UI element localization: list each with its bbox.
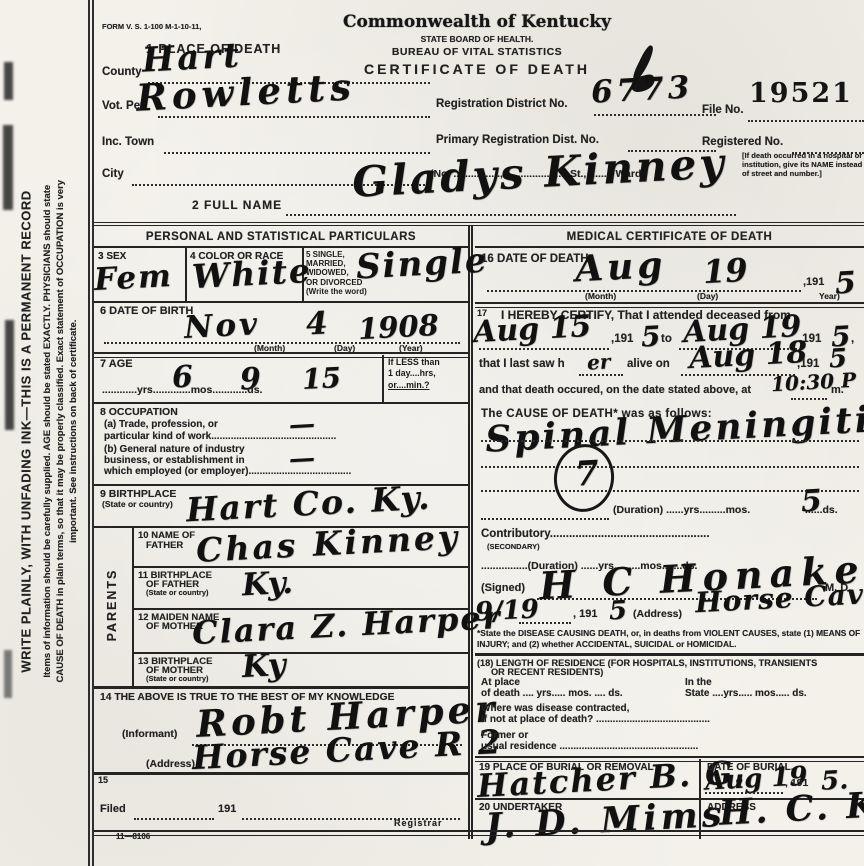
full-name-label: 2 FULL NAME bbox=[192, 198, 282, 212]
father-birthplace-value: Ky. bbox=[241, 565, 294, 604]
personal-section-title: PERSONAL AND STATISTICAL PARTICULARS bbox=[94, 231, 468, 243]
margin-small-line-1: Items of information should be carefully… bbox=[42, 11, 55, 851]
violent-causes-footnote: *State the DISEASE CAUSING DEATH, or, in… bbox=[477, 628, 863, 649]
age-less-line-1: If LESS than bbox=[388, 357, 440, 368]
disease-contracted-line2: if not at place of death? ..............… bbox=[481, 714, 710, 725]
attended-to-label: to bbox=[661, 333, 672, 345]
death-certificate-scan: { "margin": { "bold_line": "WRITE PLAINL… bbox=[0, 0, 864, 866]
attended-from-year-printed: ,191 bbox=[611, 333, 633, 345]
dod-year-caption: Year) bbox=[819, 291, 840, 301]
former-residence-line2: usual residence ........................… bbox=[481, 741, 698, 752]
margin-small-line-3: important. See instructions on back of c… bbox=[67, 11, 80, 851]
father-name-label-2: FATHER bbox=[146, 540, 183, 551]
death-occurred-statement: and that death occured, on the date stat… bbox=[479, 384, 751, 396]
date-of-death-line bbox=[487, 288, 801, 292]
full-name-line bbox=[286, 212, 736, 216]
commonwealth-title: Commonwealth of Kentucky bbox=[322, 12, 632, 32]
mother-birthplace-value: Ky bbox=[241, 647, 286, 685]
age-units-line: ............yrs.............mos.........… bbox=[102, 384, 262, 396]
registration-district-line bbox=[594, 112, 716, 116]
margin-small-instructions: Items of information should be carefully… bbox=[42, 11, 80, 851]
inc-town-label: Inc. Town bbox=[102, 136, 154, 148]
occupation-a-value: — bbox=[288, 409, 316, 440]
cell-divider bbox=[382, 355, 384, 402]
inc-town-line bbox=[164, 150, 430, 154]
marital-label-5: (Write the word) bbox=[306, 287, 367, 296]
filed-label: Filed bbox=[100, 803, 126, 815]
occupation-b-line2: business, or establishment in bbox=[104, 455, 245, 466]
margin-bold-instruction: WRITE PLAINLY, WITH UNFADING INK—THIS IS… bbox=[19, 32, 34, 832]
secondary-caption: (SECONDARY) bbox=[487, 542, 540, 551]
margin-small-line-2: CAUSE OF DEATH in plain terms, so that i… bbox=[55, 11, 68, 851]
disease-contracted-line1: Where was disease contracted, bbox=[481, 703, 629, 714]
burial-year-printed: , 191 bbox=[785, 777, 808, 789]
father-birthplace-label-3: (State or country) bbox=[146, 588, 209, 597]
at-place-units: of death .... yrs..... mos. .... ds. bbox=[481, 688, 623, 699]
cause-line-2 bbox=[481, 464, 859, 468]
duration-days-value: 5 bbox=[800, 483, 823, 519]
duration-lead-line bbox=[481, 516, 609, 520]
registrar-caption: Registrar bbox=[394, 818, 443, 828]
attended-from-value: Aug 15 bbox=[472, 309, 592, 350]
informant-address-label: (Address) bbox=[146, 758, 195, 770]
duration-label: (Duration) ......yrs.........mos. bbox=[613, 504, 750, 516]
alive-year-printed: ,191 bbox=[797, 358, 819, 370]
last-alive-value: Aug 18 bbox=[688, 335, 808, 376]
filed-date-line bbox=[134, 816, 214, 820]
signed-label: (Signed) bbox=[481, 582, 525, 594]
mother-birthplace-label-3: (State or country) bbox=[146, 674, 209, 683]
file-no-line bbox=[748, 118, 864, 122]
scan-artifact bbox=[4, 650, 12, 698]
city-label: City bbox=[102, 168, 124, 180]
at-place-label: At place bbox=[481, 677, 520, 688]
circled-seven-value: 7 bbox=[574, 453, 600, 494]
last-saw-statement: that I last saw h bbox=[479, 358, 565, 370]
age-less-line-2: 1 day....hrs, bbox=[388, 368, 440, 379]
attended-from-line bbox=[479, 346, 609, 350]
contributory-label: Contributory............................… bbox=[481, 528, 710, 540]
full-name-value: Gladys Kinney bbox=[351, 138, 728, 207]
rule bbox=[94, 772, 468, 775]
sex-value: Fem bbox=[93, 258, 174, 298]
state-board-subtitle: STATE BOARD OF HEALTH. bbox=[322, 34, 632, 44]
age-days-value: 15 bbox=[301, 361, 342, 396]
age-less-block: If LESS than 1 day....hrs, or....min.? bbox=[388, 357, 440, 391]
signature-year-printed: , 191 bbox=[573, 608, 597, 620]
signature-date-line bbox=[519, 620, 571, 624]
medical-certificate-section: MEDICAL CERTIFICATE OF DEATH 16 DATE OF … bbox=[475, 226, 864, 839]
cell-divider bbox=[185, 247, 187, 301]
date-of-death-month: Aug bbox=[574, 244, 667, 291]
personal-particulars-section: PERSONAL AND STATISTICAL PARTICULARS 3 S… bbox=[94, 226, 473, 839]
cause-of-death-value: Spinal Meningitis bbox=[484, 397, 864, 460]
occupation-a-line1: (a) Trade, profession, or bbox=[104, 419, 218, 430]
bureau-subtitle: BUREAU OF VITAL STATISTICS bbox=[322, 46, 632, 58]
dob-day-value: 4 bbox=[305, 305, 328, 342]
parents-divider bbox=[132, 526, 134, 686]
informant-label: (Informant) bbox=[122, 728, 177, 740]
residence-label-line2: OR RECENT RESIDENTS) bbox=[491, 667, 603, 677]
alive-on-label: alive on bbox=[627, 358, 670, 370]
occupation-label: 8 OCCUPATION bbox=[100, 406, 178, 418]
certificate-body: PERSONAL AND STATISTICAL PARTICULARS 3 S… bbox=[94, 222, 864, 839]
form-print-code: 11—8106 bbox=[116, 832, 150, 841]
item-15-number: 15 bbox=[98, 775, 108, 785]
mother-name-value: Clara Z. Harper bbox=[191, 598, 502, 652]
rule bbox=[94, 402, 468, 404]
occupation-b-value: — bbox=[288, 443, 316, 474]
former-residence-line1: Former or bbox=[481, 730, 528, 741]
comma-printed: , bbox=[851, 333, 854, 345]
marital-value: Single bbox=[355, 241, 489, 288]
parents-vertical-label: PARENTS bbox=[105, 525, 119, 685]
file-number: 19521 bbox=[749, 78, 853, 109]
race-value: White bbox=[191, 251, 313, 296]
rule bbox=[475, 246, 864, 248]
state-heading-block: Commonwealth of Kentucky STATE BOARD OF … bbox=[322, 12, 632, 77]
in-the-label: In the bbox=[685, 677, 712, 688]
filed-year-printed: 191 bbox=[218, 803, 236, 815]
cause-line-1 bbox=[481, 438, 859, 442]
age-less-line-3: or....min.? bbox=[388, 380, 440, 391]
occupation-b-line1: (b) General nature of industry bbox=[104, 444, 245, 455]
rule bbox=[475, 653, 864, 656]
hospital-note: [If death occurred in a hospital or inst… bbox=[742, 152, 864, 179]
date-of-death-label: 16 DATE OF DEATH bbox=[481, 253, 589, 265]
signature-address-label: (Address) bbox=[633, 608, 682, 620]
dod-day-caption: (Day) bbox=[697, 291, 718, 301]
dod-month-caption: (Month) bbox=[585, 291, 616, 301]
in-state-units: State ....yrs..... mos..... ds. bbox=[685, 688, 807, 699]
date-of-death-year-printed: ,191 bbox=[803, 276, 824, 288]
file-no-label: File No. bbox=[702, 104, 744, 116]
rule bbox=[94, 301, 468, 303]
scan-artifact bbox=[3, 125, 13, 210]
registration-district-label: Registration District No. bbox=[436, 98, 568, 110]
certificate-page: WRITE PLAINLY, WITH UNFADING INK—THIS IS… bbox=[0, 0, 864, 866]
attended-from-year-value: 5 bbox=[640, 320, 661, 354]
registration-district-value: 6773 bbox=[590, 69, 694, 110]
certificate-form: FORM V. S. 1-100 M-1-10-11, 1 PLACE OF D… bbox=[88, 0, 864, 866]
dob-label: 6 DATE OF BIRTH bbox=[100, 305, 193, 317]
form-number: FORM V. S. 1-100 M-1-10-11, bbox=[102, 22, 201, 31]
death-time-value: 10:30 P bbox=[770, 368, 856, 396]
her-value: er bbox=[586, 349, 610, 374]
signature-year-value: 5 bbox=[608, 596, 628, 627]
primary-registration-label: Primary Registration Dist. No. bbox=[436, 134, 599, 146]
age-label: 7 AGE bbox=[100, 358, 133, 370]
rule bbox=[132, 652, 468, 654]
death-time-line bbox=[791, 396, 827, 400]
rule bbox=[94, 686, 468, 689]
date-of-death-day: 19 bbox=[702, 251, 748, 291]
medical-section-title: MEDICAL CERTIFICATE OF DEATH bbox=[475, 231, 864, 243]
scan-artifact bbox=[5, 320, 14, 430]
undertaker-address-value: H. C. Ky bbox=[718, 783, 864, 833]
birthplace-sublabel: (State or country) bbox=[102, 499, 173, 509]
rule bbox=[132, 566, 468, 568]
bottom-double-rule bbox=[94, 830, 864, 836]
certificate-title: CERTIFICATE OF DEATH bbox=[322, 61, 632, 77]
scan-artifact bbox=[4, 62, 13, 100]
